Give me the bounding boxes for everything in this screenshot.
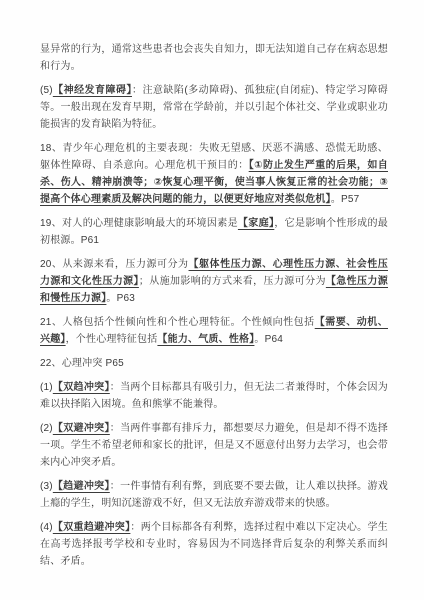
key-term: 【神经发育障碍】 xyxy=(53,85,132,96)
paragraph: (5)【神经发育障碍】：注意缺陷(多动障碍)、孤独症(自闭症)、特定学习障碍等。… xyxy=(40,82,388,133)
text-run: (4) xyxy=(40,522,53,533)
document-page: 显异常的行为，通常这些患者也会丧失自知力，即无法知道自己存在病态思想和行为。(5… xyxy=(0,0,424,600)
key-term: 【双趋冲突】 xyxy=(53,382,110,393)
text-run: 20、从来源来看，压力源可分为 xyxy=(40,259,189,270)
text-run: 。P63 xyxy=(106,293,135,304)
text-run: 21、人格包括个性倾向性和个性心理特征。个性倾向性包括 xyxy=(40,317,315,328)
text-run: (1) xyxy=(40,382,53,393)
text-run: 。P57 xyxy=(331,194,360,205)
text-run: (5) xyxy=(40,85,53,96)
text-run: 19、对人的心理健康影响最大的环境因素是 xyxy=(40,218,238,229)
paragraph: 18、青少年心理危机的主要表现：失败无望感、厌恶不满感、恐慌无助感、躯体性障碍、… xyxy=(40,140,388,208)
key-term: 【家庭】 xyxy=(238,218,274,229)
text-run: ，个性心理特征包括 xyxy=(66,334,158,345)
text-run: (2) xyxy=(40,423,53,434)
key-term: 【双重趋避冲突】 xyxy=(53,522,131,533)
text-run: (3) xyxy=(40,481,53,492)
key-term: 【双避冲突】 xyxy=(53,423,110,434)
paragraph: 20、从来源来看，压力源可分为【躯体性压力源、心理性压力源、社会性压力源和文化性… xyxy=(40,256,388,307)
paragraph: 显异常的行为，通常这些患者也会丧失自知力，即无法知道自己存在病态思想和行为。 xyxy=(40,41,388,75)
paragraph: 21、人格包括个性倾向性和个性心理特征。个性倾向性包括【需要、动机、兴趣】，个性… xyxy=(40,314,388,348)
paragraph: (4)【双重趋避冲突】：两个目标都各有利弊，选择过程中难以下定决心。学生在高考选… xyxy=(40,519,388,570)
paragraph: 22、心理冲突 P65 xyxy=(40,355,388,372)
text-run: 。P64 xyxy=(254,334,283,345)
paragraph: (1)【双趋冲突】：当两个目标都具有吸引力，但无法二者兼得时，个体会因为难以抉择… xyxy=(40,379,388,413)
key-term: 【能力、气质、性格】 xyxy=(157,334,254,345)
key-term: 【趋避冲突】 xyxy=(53,481,110,492)
text-run: ；从施加影响的方式来看，压力源可分为 xyxy=(139,276,326,287)
paragraph: 19、对人的心理健康影响最大的环境因素是【家庭】，它是影响个性形成的最初根源。P… xyxy=(40,215,388,249)
paragraph: (3)【趋避冲突】：一件事情有利有弊，到底要不要去做，让人难以抉择。游戏上瘾的学… xyxy=(40,478,388,512)
paragraph: (2)【双避冲突】：当两件事都有排斥力，都想要尽力避免，但是却不得不选择一项。学… xyxy=(40,420,388,471)
text-run: 22、心理冲突 P65 xyxy=(40,358,124,369)
text-run: 显异常的行为，通常这些患者也会丧失自知力，即无法知道自己存在病态思想和行为。 xyxy=(40,44,388,72)
document-body: 显异常的行为，通常这些患者也会丧失自知力，即无法知道自己存在病态思想和行为。(5… xyxy=(40,41,388,570)
